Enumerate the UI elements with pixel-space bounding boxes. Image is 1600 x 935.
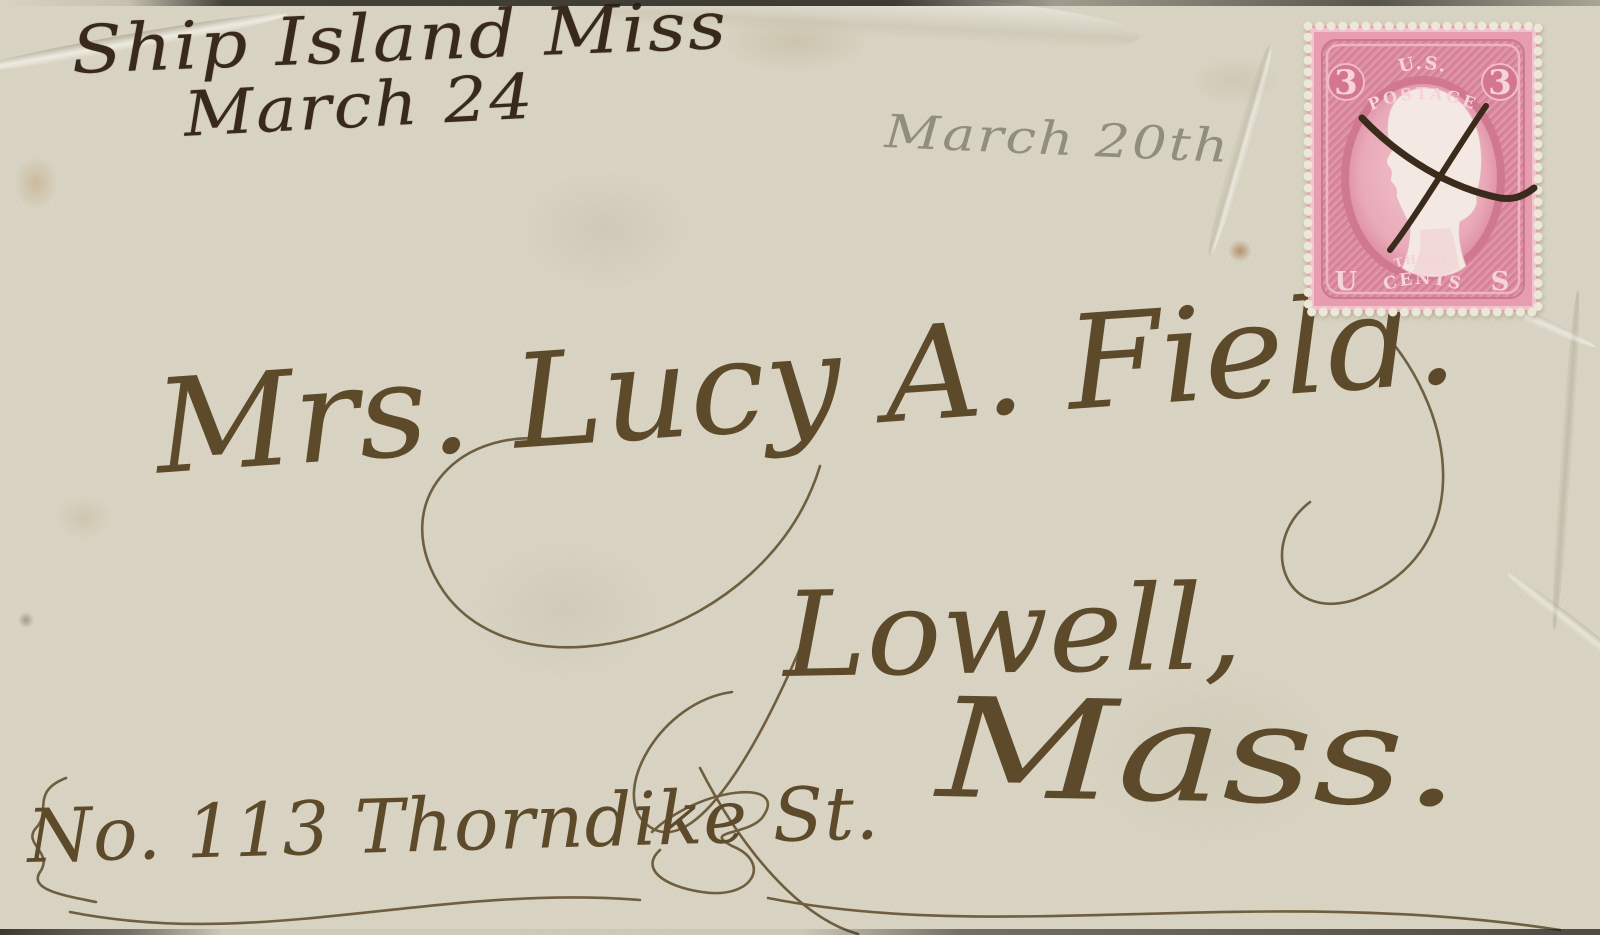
stain (14, 156, 58, 210)
stain (56, 496, 112, 540)
stain (520, 170, 690, 290)
flourish-right-sweep (768, 898, 1560, 930)
envelope-scan: Ship Island Miss March 24 March 20th Mrs… (0, 0, 1600, 935)
stain (1190, 56, 1280, 106)
denomination-3-right: 3 (1488, 63, 1512, 103)
stain (720, 12, 870, 72)
flourish-underline (70, 897, 640, 924)
street-address-line: No. 113 Thorndike St. (26, 770, 881, 880)
stain (470, 540, 660, 680)
stamp-graphic: 3 3 U.S. POSTAGE THREE CENTS U S (1300, 18, 1546, 320)
stamp-letter-u: U (1335, 267, 1358, 297)
stain (18, 612, 34, 628)
denomination-3-left: 3 (1334, 63, 1358, 103)
recipient-state: Mass. (935, 668, 1461, 838)
stain (1228, 240, 1252, 262)
crease (1504, 569, 1600, 683)
scan-edge-bottom (0, 929, 1600, 935)
pencil-date-note: March 20th (884, 104, 1232, 173)
stamp-letter-s: S (1491, 267, 1510, 297)
recipient-name: Mrs. Lucy A. Field. (150, 261, 1461, 504)
crease (1548, 290, 1584, 630)
postage-stamp: 3 3 U.S. POSTAGE THREE CENTS U S (1300, 18, 1546, 320)
